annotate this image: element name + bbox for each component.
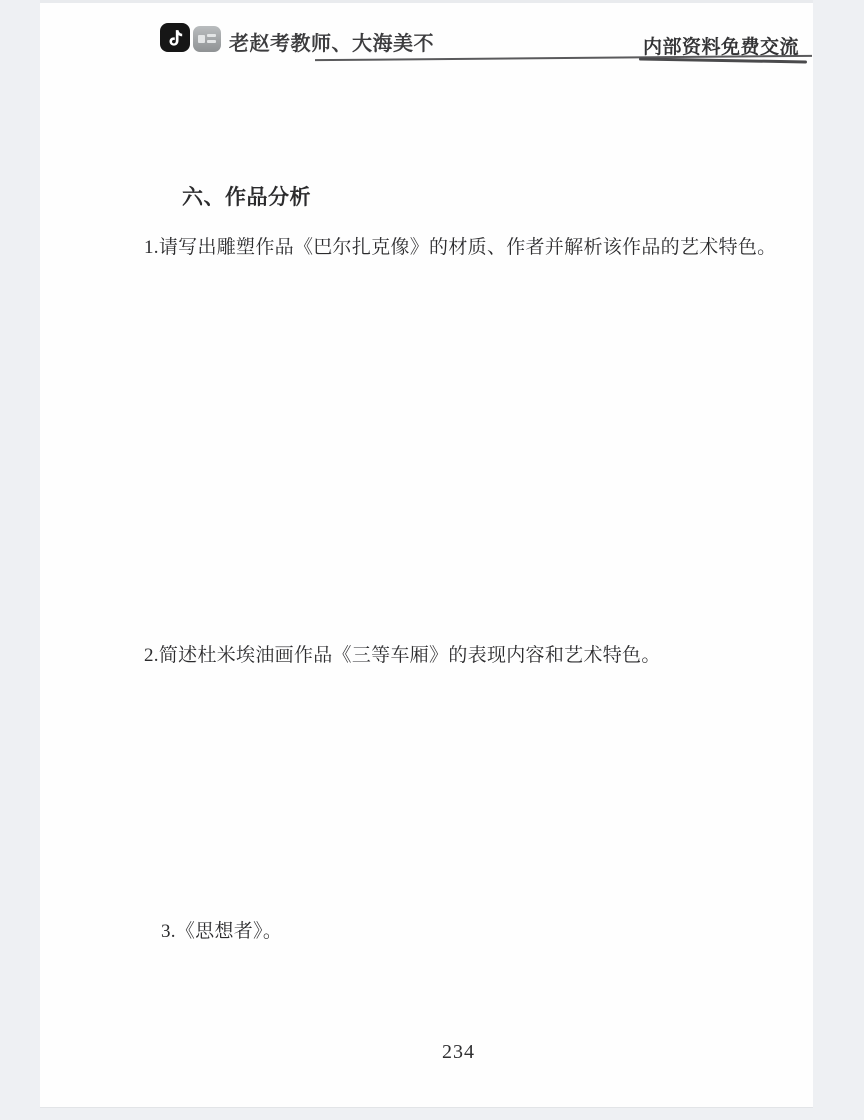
douyin-icon	[160, 23, 190, 52]
question-2: 2.简述杜米埃油画作品《三等车厢》的表现内容和艺术特色。	[144, 640, 661, 667]
grey-app-icon	[193, 26, 221, 52]
grey-app-icon-glyph	[207, 34, 216, 37]
page-number: 234	[442, 1041, 475, 1064]
question-1: 1.请写出雕塑作品《巴尔扎克像》的材质、作者并解析该作品的艺术特色。	[144, 232, 776, 259]
section-heading: 六、作品分析	[182, 181, 311, 211]
question-3: 3.《思想者》。	[161, 916, 282, 943]
header-account-name: 老赵考教师、大海美不	[229, 27, 434, 56]
grey-app-icon-glyph	[198, 35, 205, 43]
grey-app-icon-glyph	[207, 40, 216, 43]
document-page: 老赵考教师、大海美不 内部资料免费交流 六、作品分析 1.请写出雕塑作品《巴尔扎…	[40, 0, 813, 1108]
scan-background: 老赵考教师、大海美不 内部资料免费交流 六、作品分析 1.请写出雕塑作品《巴尔扎…	[0, 0, 864, 1120]
header-notice: 内部资料免费交流	[643, 32, 799, 59]
